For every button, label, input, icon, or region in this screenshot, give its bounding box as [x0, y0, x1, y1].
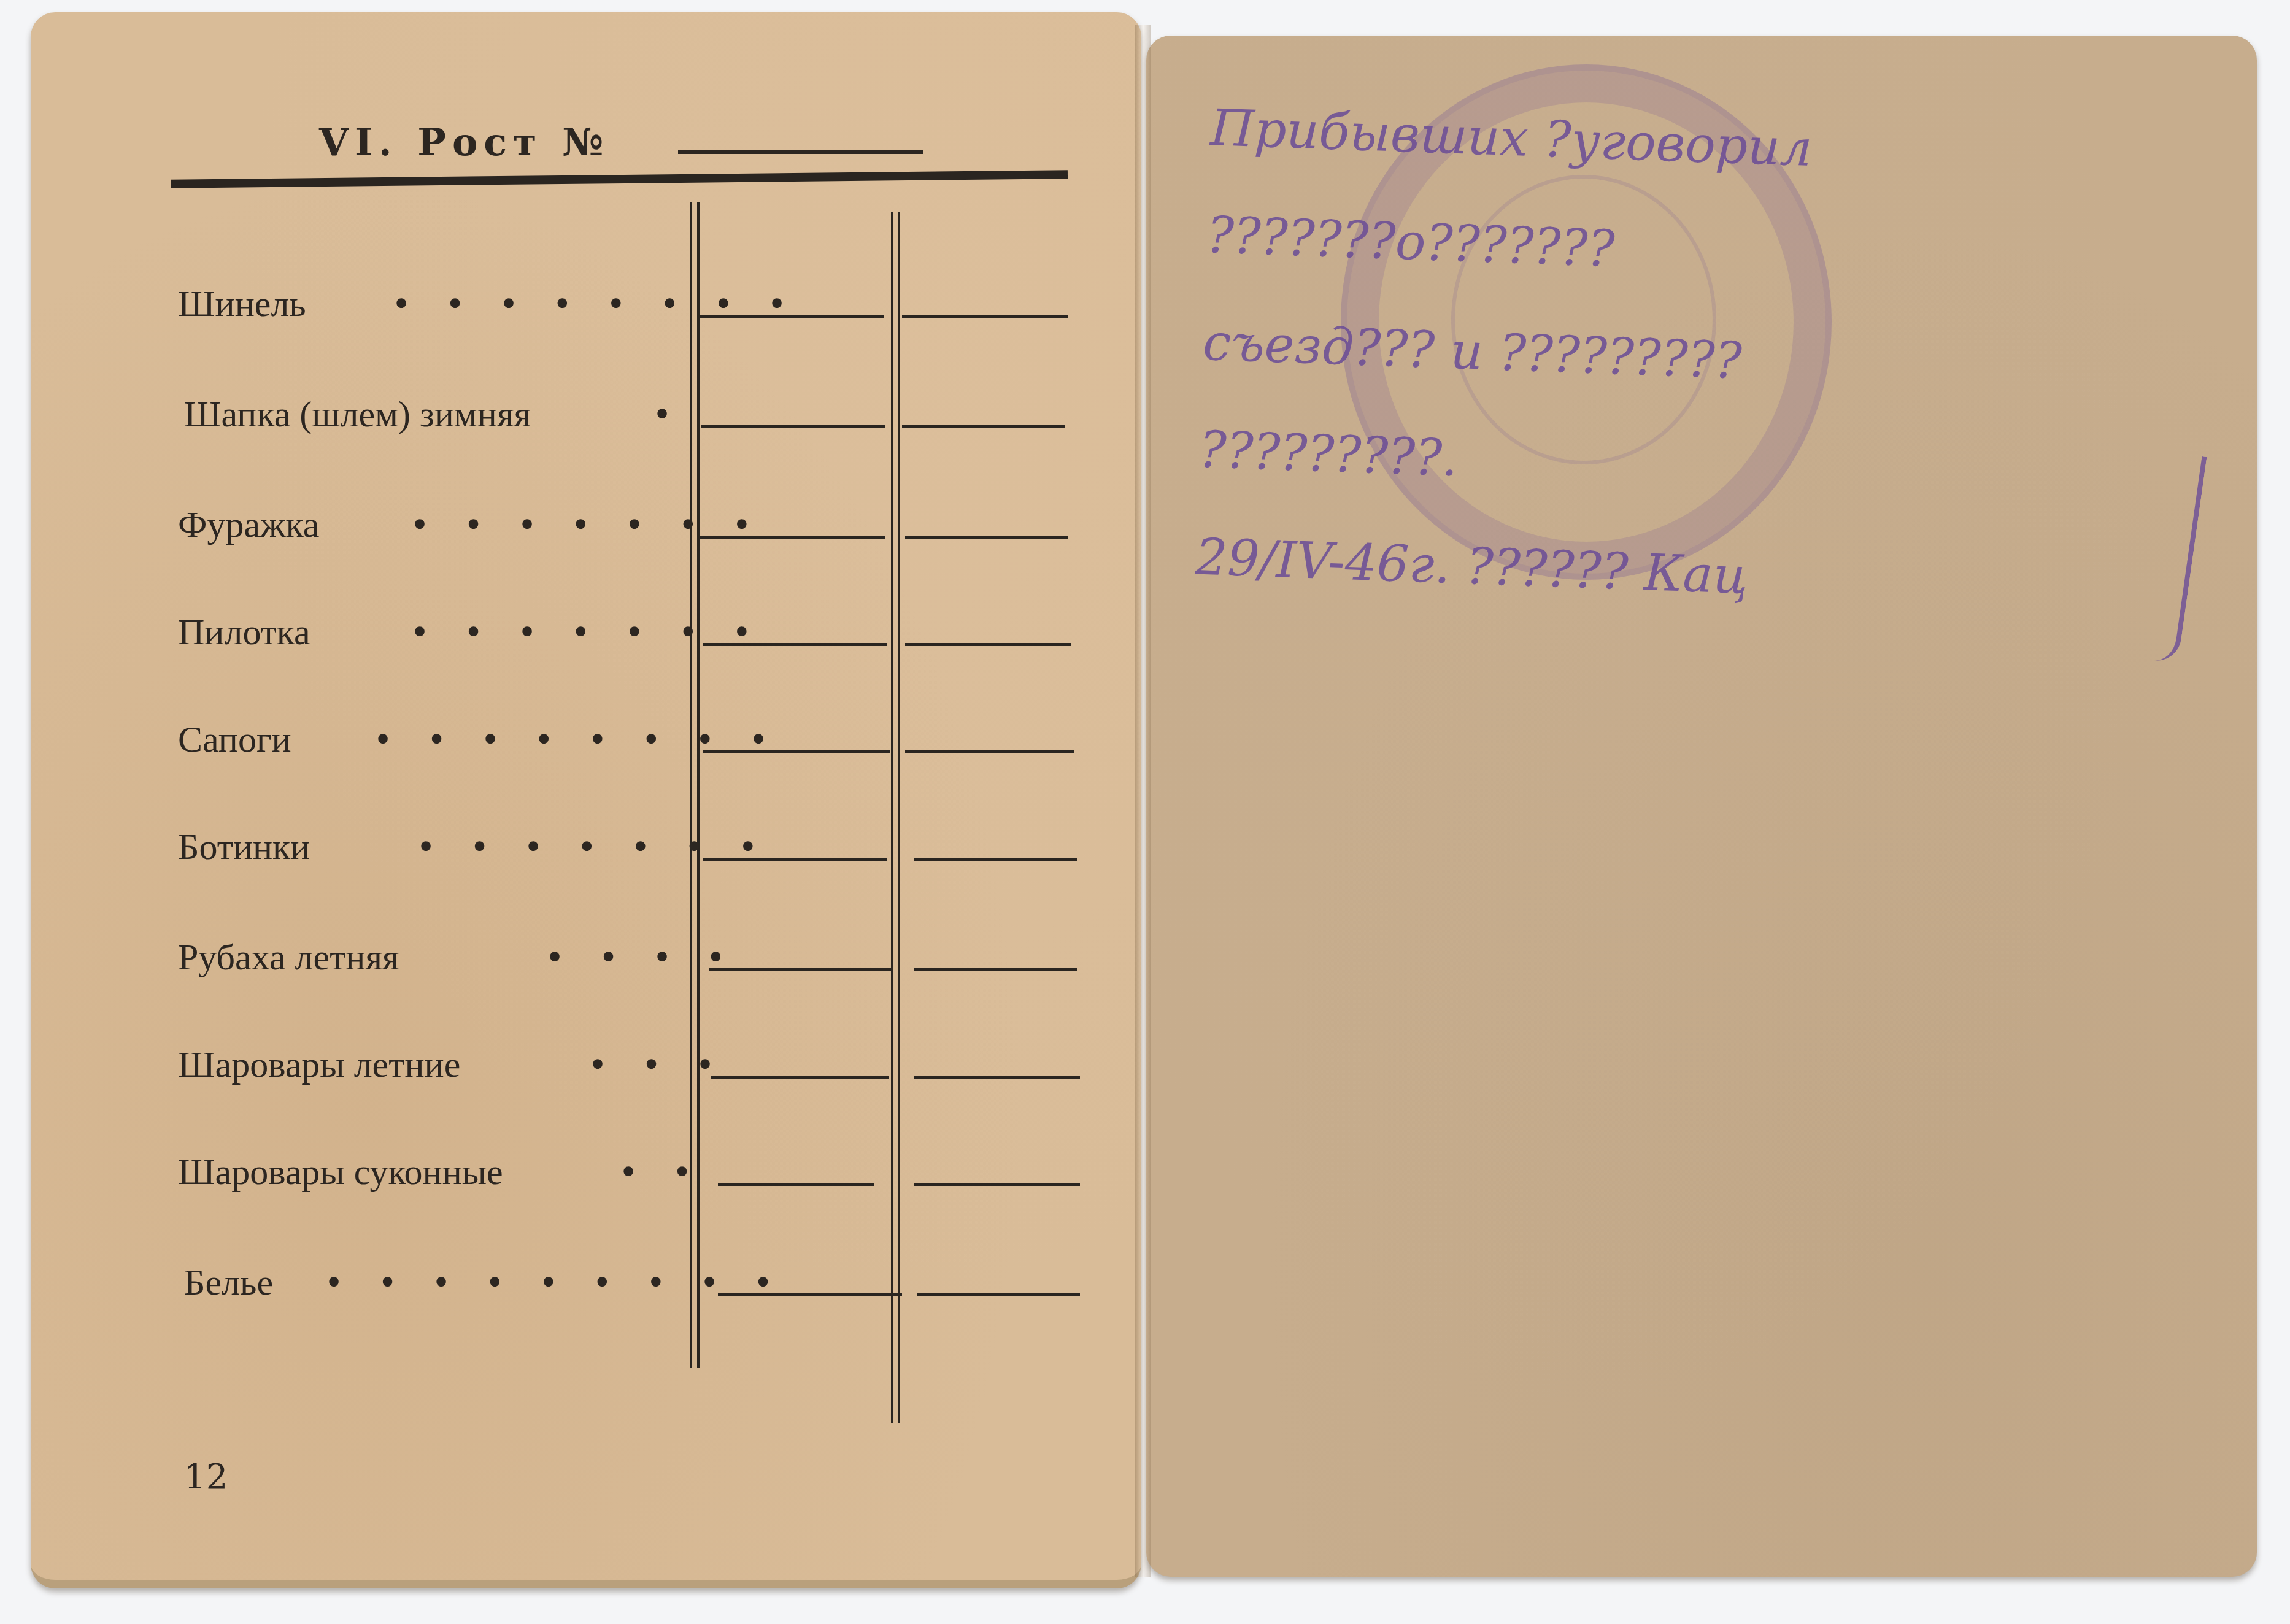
column-2-field[interactable]: [902, 315, 1068, 318]
leader-dots: • • •: [589, 1050, 727, 1081]
row-label: Шапка (шлем) зимняя: [184, 393, 531, 436]
column-1-field[interactable]: [703, 643, 887, 646]
leader-dots: •: [653, 399, 684, 431]
table-row-bele: Белье • • • • • • • • •: [178, 1261, 1080, 1310]
row-label: Шинель: [178, 283, 306, 325]
table-row-shapka: Шапка (шлем) зимняя •: [178, 393, 1080, 442]
row-label: Белье: [184, 1261, 273, 1304]
column-2-field[interactable]: [902, 425, 1065, 428]
handwritten-note: Прибывших ?уговорил ???????о??????? съез…: [1193, 74, 2243, 647]
table-row-rubakha: Рубаха летняя • • • •: [178, 936, 1080, 985]
table-row-shinel: Шинель • • • • • • • •: [178, 282, 1080, 331]
leader-dots: • • • • • • • • •: [325, 1268, 785, 1299]
left-page: [31, 12, 1141, 1588]
row-label: Пилотка: [178, 611, 310, 653]
row-label: Фуражка: [178, 504, 319, 546]
row-label: Шаровары суконные: [178, 1151, 503, 1193]
table-row-sharovary-sukonnye: Шаровары суконные • •: [178, 1150, 1080, 1199]
column-2-field[interactable]: [914, 1183, 1080, 1186]
column-2-field[interactable]: [905, 536, 1068, 539]
column-1-field[interactable]: [711, 1076, 889, 1079]
row-label: Шаровары летние: [178, 1044, 460, 1086]
column-2-field[interactable]: [917, 1293, 1080, 1296]
row-label: Сапоги: [178, 718, 291, 761]
table-row-sharovary-letnie: Шаровары летние • • •: [178, 1043, 1080, 1092]
table-row-pilotka: Пилотка • • • • • • •: [178, 610, 1080, 660]
column-1-field[interactable]: [701, 425, 885, 428]
column-1-field[interactable]: [718, 1293, 902, 1296]
column-1-field[interactable]: [700, 315, 884, 318]
column-2-field[interactable]: [914, 1076, 1080, 1079]
section-heading: VI. Рост №: [319, 120, 609, 164]
leader-dots: • •: [620, 1157, 704, 1188]
column-2-field[interactable]: [905, 750, 1074, 753]
column-1-field[interactable]: [703, 858, 887, 861]
column-1-field[interactable]: [718, 1183, 874, 1186]
page-number: 12: [184, 1457, 228, 1497]
column-1-field[interactable]: [698, 536, 885, 539]
column-2-field[interactable]: [905, 643, 1071, 646]
height-number-blank: [678, 150, 923, 154]
column-1-field[interactable]: [709, 968, 893, 971]
row-label: Рубаха летняя: [178, 936, 399, 979]
row-label: Ботинки: [178, 826, 310, 868]
center-fold: [1135, 25, 1151, 1577]
table-row-furazhka: Фуражка • • • • • • •: [178, 503, 1080, 552]
table-row-botinki: Ботинки • • • • • • •: [178, 825, 1080, 874]
column-2-field[interactable]: [914, 858, 1077, 861]
table-row-sapogi: Сапоги • • • • • • • •: [178, 718, 1080, 767]
column-1-field[interactable]: [703, 750, 890, 753]
column-2-field[interactable]: [914, 968, 1077, 971]
